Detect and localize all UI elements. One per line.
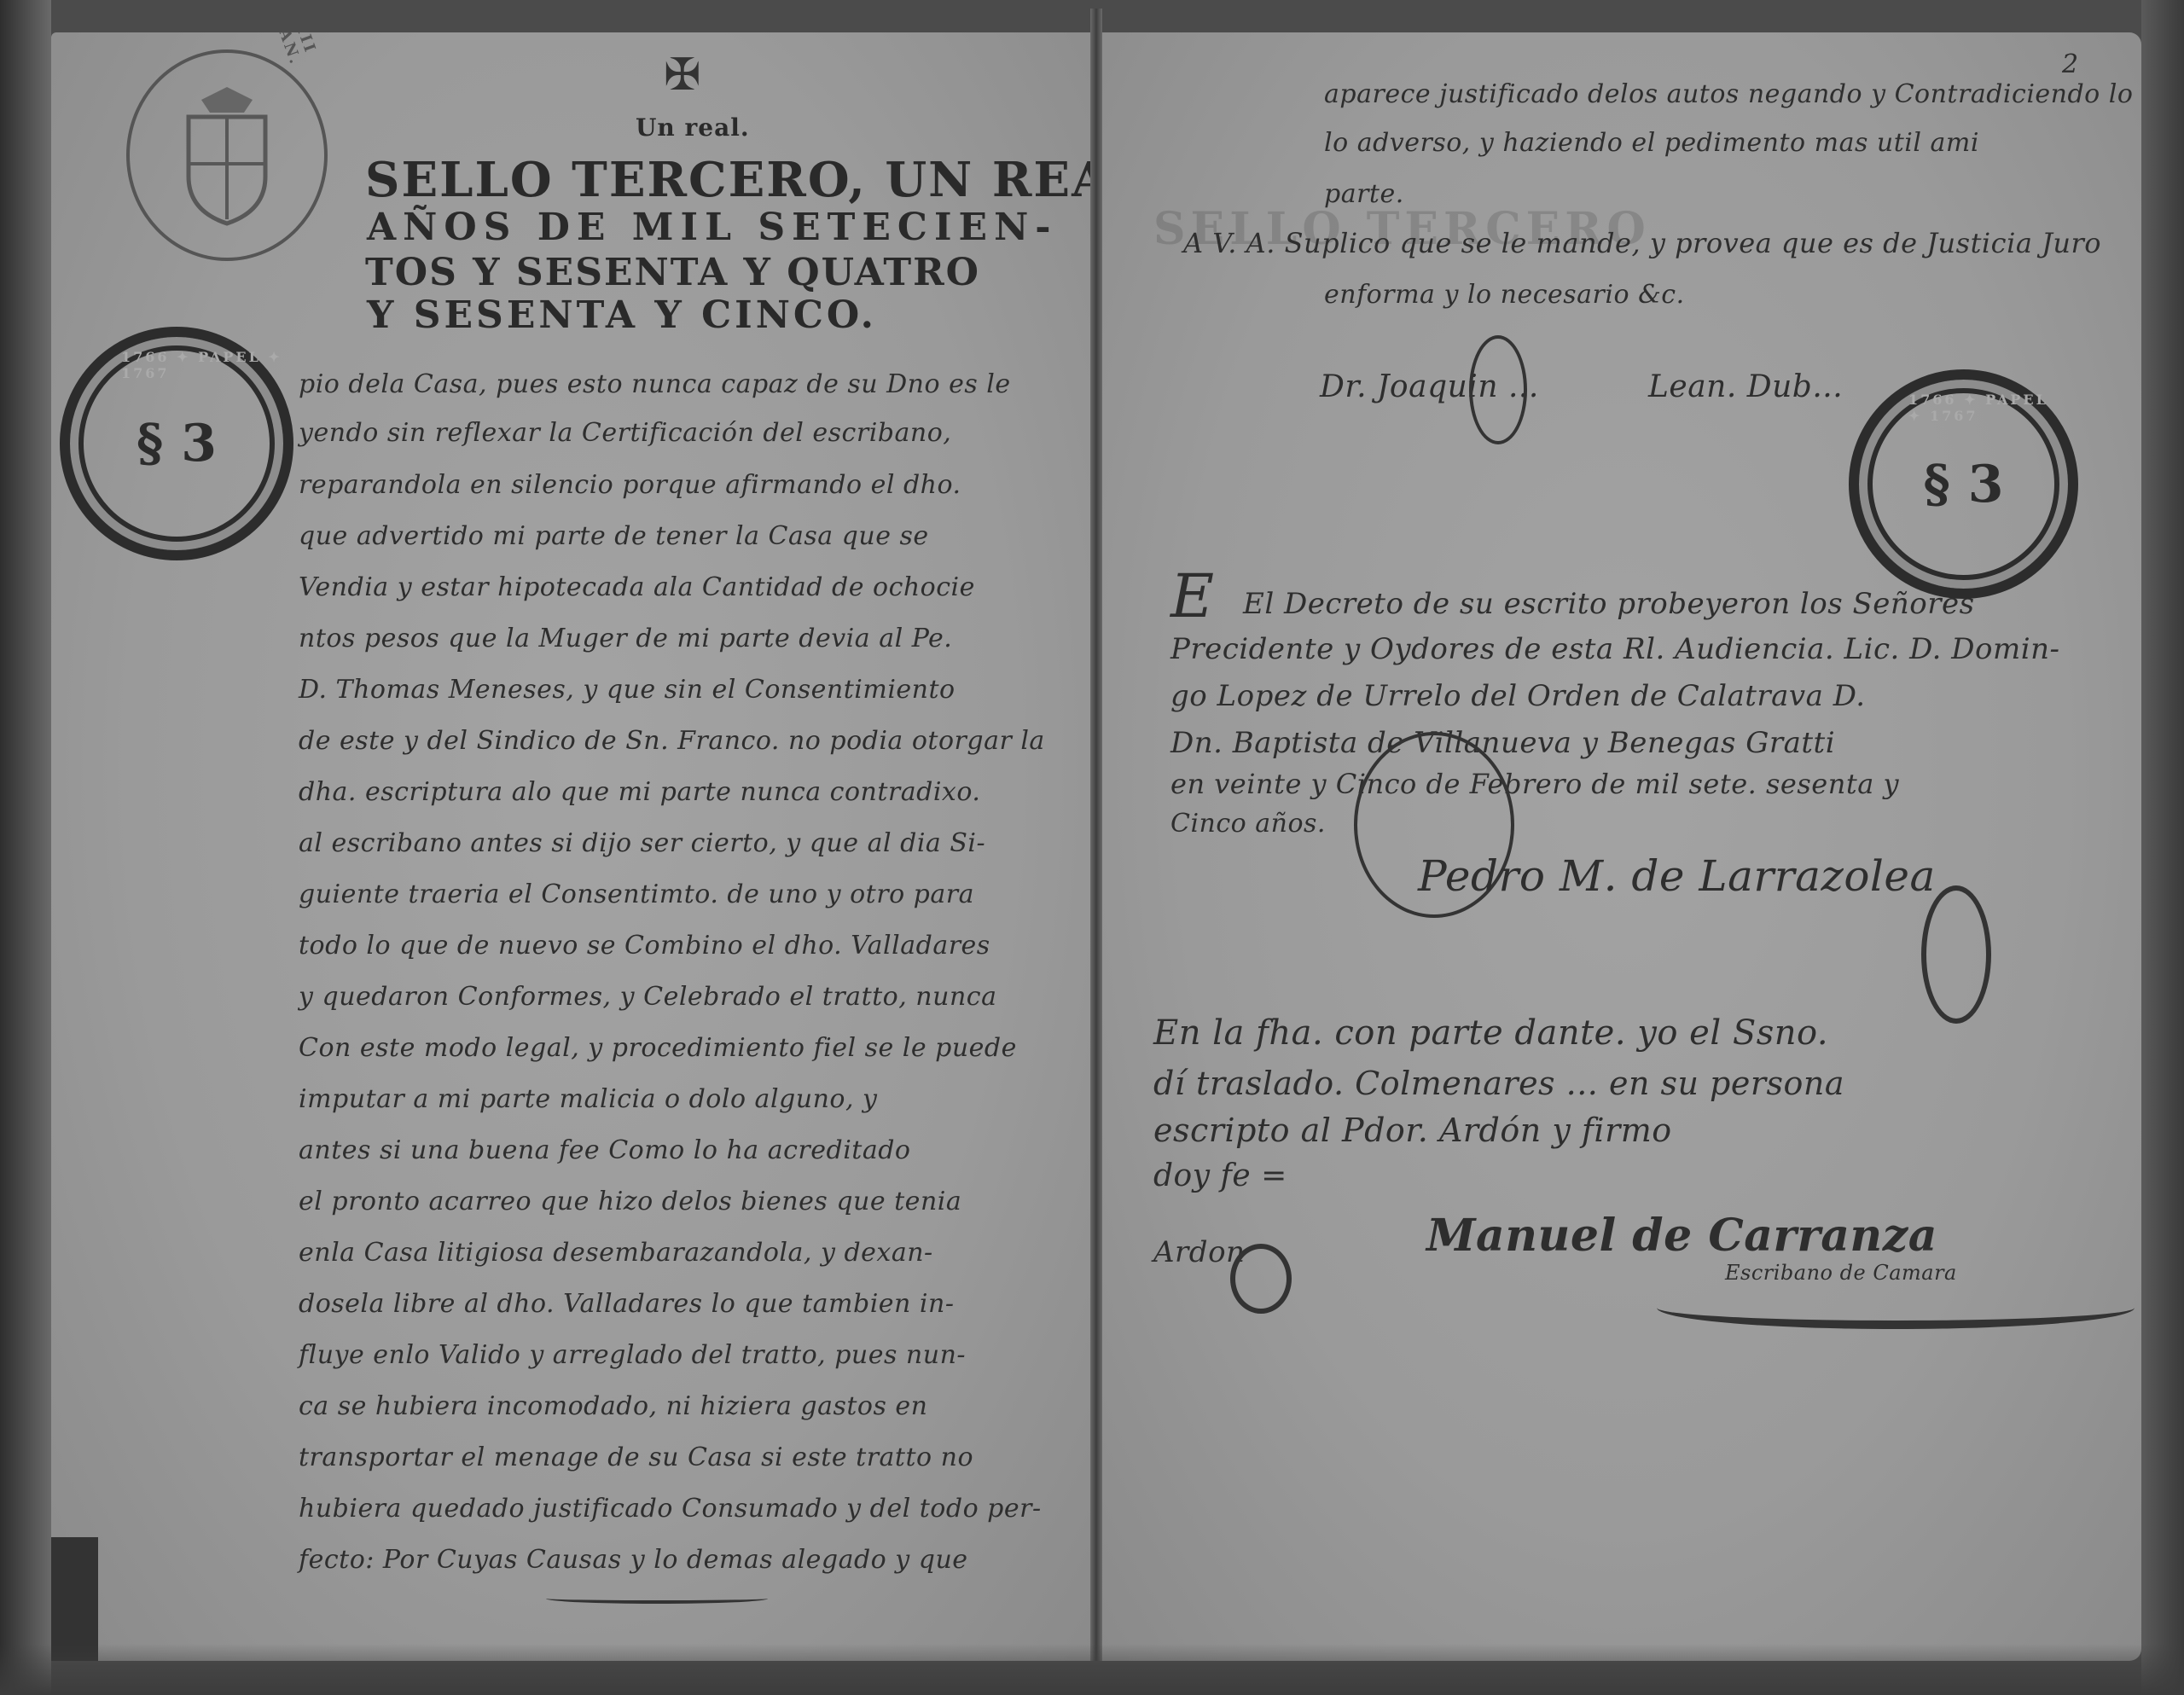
bottom-shadow: [0, 1644, 2184, 1695]
text-line: El Decreto de su escrito probeyeron los …: [1243, 587, 1975, 621]
book-edge-left: [0, 0, 51, 1695]
text-line: Vendia y estar hipotecada ala Cantidad d…: [299, 572, 975, 602]
stamp-ring-text: 1766 ✦ PAPEL ✦ 1767: [1908, 392, 2068, 424]
coat-of-arms-icon: [163, 83, 291, 228]
corner-shadow: [51, 1537, 98, 1661]
text-line: ca se hubiera incomodado, ni hiziera gas…: [299, 1391, 927, 1421]
text-line: ntos pesos que la Muger de mi parte devi…: [299, 624, 952, 653]
signature-right: Manuel de Carranza: [1426, 1210, 1937, 1262]
book-edge-right: [2141, 0, 2184, 1695]
text-line: En la fha. con parte dante. yo el Ssno.: [1153, 1013, 1828, 1053]
text-line: enforma y lo necesario &c.: [1324, 280, 1685, 310]
text-line: lo adverso, y haziendo el pedimento mas …: [1324, 128, 1979, 158]
text-line: Dn. Baptista de Villanueva y Benegas Gra…: [1170, 726, 1835, 760]
text-line: dí traslado. Colmenares ... en su person…: [1153, 1065, 1844, 1102]
text-line: go Lopez de Urrelo del Orden de Calatrav…: [1170, 679, 1866, 713]
signature-flourish: [1469, 335, 1527, 444]
text-line: al escribano antes si dijo ser cierto, y…: [299, 828, 985, 858]
text-line: el pronto acarreo que hizo delos bienes …: [299, 1187, 961, 1216]
royal-coat-of-arms-seal-icon: CAROLUS III D.G. HISPAN. REX: [126, 49, 328, 261]
text-line: todo lo que de nuevo se Combino el dho. …: [299, 931, 990, 961]
revenue-stamp-icon: § 3 1766 ✦ PAPEL ✦ 1767: [1849, 369, 2078, 599]
left-page: CAROLUS III D.G. HISPAN. REX ✠ Un real. …: [51, 32, 1094, 1661]
text-line: yendo sin reflexar la Certificación del …: [299, 418, 951, 448]
text-line: que advertido mi parte de tener la Casa …: [299, 521, 929, 551]
text-line: imputar a mi parte malicia o dolo alguno…: [299, 1084, 877, 1114]
text-line: Cinco años.: [1170, 809, 1326, 839]
stamp-value: Un real.: [636, 113, 750, 142]
text-line: guiente traeria el Consentimto. de uno y…: [299, 879, 974, 909]
stamp-header-line: Y SESENTA Y CINCO.: [367, 293, 877, 337]
stamp-header-line: TOS Y SESENTA Y QUATRO: [365, 251, 980, 294]
text-line: doy fe =: [1153, 1158, 1287, 1193]
stamp-header-line: AÑOS DE MIL SETECIEN-: [367, 206, 1058, 249]
signature-right-title: Escribano de Camara: [1725, 1261, 1957, 1285]
text-line: de este y del Sindico de Sn. Franco. no …: [299, 726, 1045, 756]
decree-initial: E: [1170, 561, 1215, 631]
decree-signature: Pedro M. de Larrazolea: [1418, 851, 1936, 901]
text-line: parte.: [1324, 179, 1404, 209]
text-line: y quedaron Conformes, y Celebrado el tra…: [299, 982, 996, 1012]
text-line: transportar el menage de su Casa si este…: [299, 1442, 973, 1472]
stamp-ring-text: 1766 ✦ PAPEL ✦ 1767: [121, 349, 283, 381]
text-line: antes si una buena fee Como lo ha acredi…: [299, 1135, 911, 1165]
text-line: en veinte y Cinco de Febrero de mil sete…: [1170, 768, 1899, 800]
cross-icon: ✠: [664, 49, 701, 101]
signature: Lean. Dub...: [1648, 369, 1843, 404]
text-line: fluye enlo Valido y arreglado del tratto…: [299, 1340, 966, 1370]
signature-underline-flourish: [1657, 1286, 2135, 1329]
text-line: pio dela Casa, pues esto nunca capaz de …: [299, 369, 1011, 399]
text-line: escripto al Pdor. Ardón y firmo: [1153, 1112, 1672, 1149]
signature-flourish: [1230, 1244, 1292, 1314]
text-line: aparece justificado delos autos negando …: [1324, 79, 2141, 109]
right-page: SELLO TERCERO 2 aparece justificado delo…: [1102, 32, 2141, 1661]
text-line: A V. A. Suplico que se le mande, y prove…: [1183, 227, 2101, 259]
text-line: D. Thomas Meneses, y que sin el Consenti…: [299, 675, 955, 705]
signature-flourish: [1921, 885, 1991, 1024]
text-line: hubiera quedado justificado Consumado y …: [299, 1494, 1042, 1524]
folio-number: 2: [2062, 49, 2079, 79]
stamp-inner-mark: § 3: [1923, 455, 2003, 514]
signature-left: Ardon: [1153, 1235, 1245, 1269]
text-line: reparandola en silencio porque afirmando…: [299, 470, 961, 500]
stamp-header-line: SELLO TERCERO, UN REAL,: [365, 152, 1094, 208]
text-line: enla Casa litigiosa desembarazandola, y …: [299, 1238, 933, 1268]
text-line: dosela libre al dho. Valladares lo que t…: [299, 1289, 954, 1319]
text-line: Precidente y Oydores de esta Rl. Audienc…: [1170, 632, 2060, 666]
underline-flourish: [546, 1593, 768, 1604]
book-gutter: [1090, 9, 1102, 1661]
text-line: fecto: Por Cuyas Causas y lo demas alega…: [299, 1545, 968, 1575]
revenue-stamp-icon: § 3 1766 ✦ PAPEL ✦ 1767: [60, 327, 293, 560]
stamp-inner-mark: § 3: [136, 414, 217, 473]
text-line: Con este modo legal, y procedimiento fie…: [299, 1033, 1017, 1063]
text-line: dha. escriptura alo que mi parte nunca c…: [299, 777, 980, 807]
